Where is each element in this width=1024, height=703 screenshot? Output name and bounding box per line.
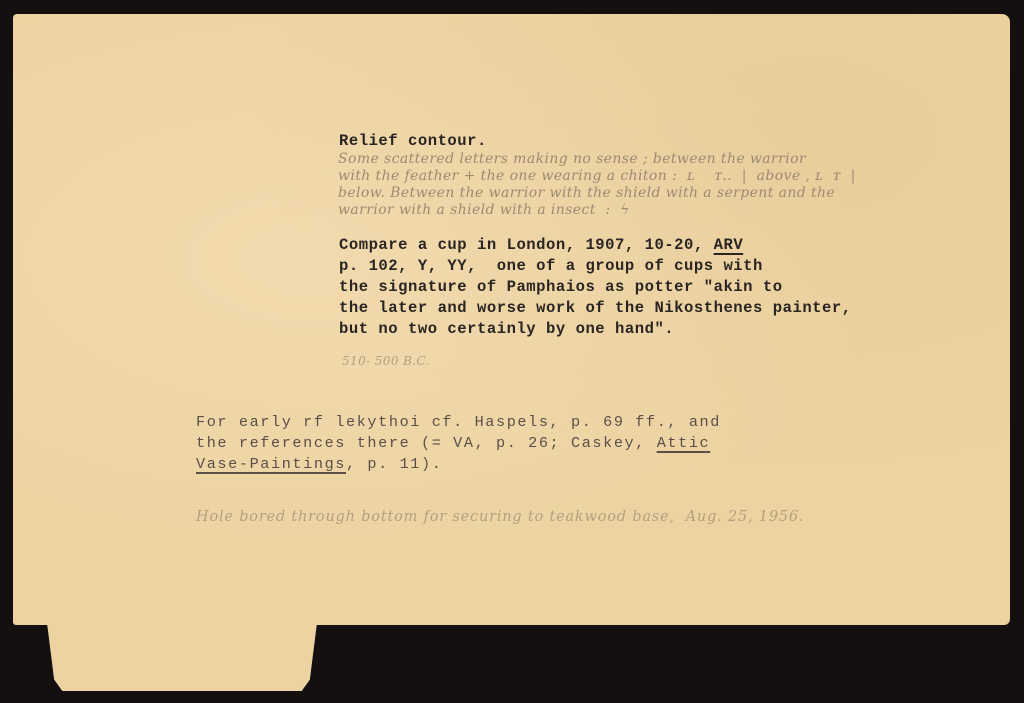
handwritten-note-line-4: warrior with a shield with a insect : ϟ [338,201,630,221]
typed-paragraph-2-line-1: For early rf lekythoi cf. Haspels, p. 69… [196,412,721,434]
typed-paragraph-1-line-2: p. 102, Y, YY, one of a group of cups wi… [339,256,763,278]
vase-paintings-reference: Vase-Paintings [196,455,346,473]
typed-paragraph-2-line-3: Vase-Paintings, p. 11). [196,454,442,476]
typed-paragraph-1-line-5: but no two certainly by one hand". [339,319,674,341]
index-card-tab [46,615,318,691]
attic-reference: Attic [657,434,711,452]
handwritten-mounting-note: Hole bored through bottom for securing t… [196,508,804,528]
typed-paragraph-1-line-3: the signature of Pamphaios as potter "ak… [339,277,783,299]
typed-paragraph-1-line-4: the later and worse work of the Nikosthe… [339,298,852,320]
typed-text: Compare a cup in London, 1907, 10-20, [339,236,714,254]
typed-text: , p. 11). [346,455,442,473]
typed-paragraph-2-line-2: the references there (= VA, p. 26; Caske… [196,433,710,455]
handwritten-date-range: 510- 500 B.C. [342,352,430,372]
arv-reference: ARV [714,236,744,254]
typed-paragraph-1-line-1: Compare a cup in London, 1907, 10-20, AR… [339,235,743,257]
typed-text: the references there (= VA, p. 26; Caske… [196,434,657,452]
